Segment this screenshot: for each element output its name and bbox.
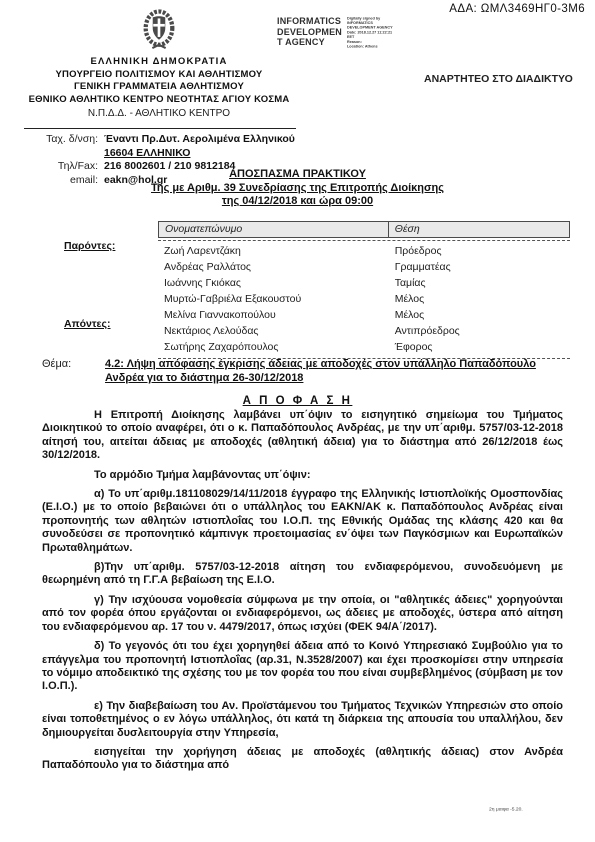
subject-text: 4.2: Λήψη απόφασης έγκρισης άδειας με απ… <box>105 357 570 385</box>
attendance-table: Ονοματεπώνυμο Θέση Ζωή Λαρεντζάκη Πρόεδρ… <box>158 221 570 359</box>
publish-note: ΑΝΑΡΤΗΤΕΟ ΣΤΟ ΔΙΑΔΙΚΤΥΟ <box>424 73 573 85</box>
member-name: Μελίνα Γιαννακοπούλου <box>158 307 389 323</box>
document-title: ΑΠΟΣΠΑΣΜΑ ΠΡΑΚΤΙΚΟΥ Της με Αριθμ. 39 Συν… <box>0 168 595 209</box>
member-role: Ταμίας <box>389 275 570 291</box>
absent-label: Απόντες: <box>64 318 158 330</box>
member-name: Ζωή Λαρεντζάκη <box>158 243 389 259</box>
paragraph-item-a: α) Το υπ΄αριθμ.181108029/14/11/2018 έγγρ… <box>42 488 563 555</box>
address-line2: 16604 ΕΛΛΗΝΙΚΟ <box>104 147 295 161</box>
table-row: Μυρτώ-Γαβριέλα Εξακουστού Μέλος <box>158 291 570 307</box>
paragraph-conclusion: εισηγείται την χορήγηση άδειας με αποδοχ… <box>42 746 563 773</box>
letterhead: ΕΛΛΗΝΙΚΗ ΔΗΜΟΚΡΑΤΙΑ ΥΠΟΥΡΓΕΙΟ ΠΟΛΙΤΙΣΜΟΥ… <box>24 6 294 120</box>
table-row: Νεκτάριος Λελούδας Αντιπρόεδρος <box>158 323 570 339</box>
decision-heading-text: Α Π Ο Φ Α Σ Η <box>243 395 353 407</box>
address-line1: Έναντι Πρ.Δυτ. Αερολιμένα Ελληνικού <box>104 133 295 147</box>
paragraph-item-e: ε) Την διαβεβαίωση του Αν. Προϊστάμενου … <box>42 700 563 740</box>
paragraph-item-d: δ) Το γεγονός ότι του έχει χορηγηθεί άδε… <box>42 640 563 694</box>
document-page: ΑΔΑ: ΩΜΛ3469ΗΓ0-3Μ6 INFORMATICS DEVELOPM… <box>0 0 595 842</box>
member-role: Μέλος <box>389 307 570 323</box>
greek-coat-of-arms-icon <box>140 6 178 54</box>
attendance-section: Παρόντες: Απόντες: Ονοματεπώνυμο Θέση Ζω… <box>64 221 570 359</box>
member-role: Αντιπρόεδρος <box>389 323 570 339</box>
paragraph-intro: Η Επιτροπή Διοίκησης λαμβάνει υπ΄όψιν το… <box>42 409 563 463</box>
paragraph-considering: Το αρμόδιο Τμήμα λαμβάνοντας υπ΄όψιν: <box>42 469 563 482</box>
footer-note: 2η μαιφα -5.20. <box>489 806 523 812</box>
org-line-republic: ΕΛΛΗΝΙΚΗ ΔΗΜΟΚΡΑΤΙΑ <box>24 56 294 69</box>
title-line3: της 04/12/2018 και ώρα 09:00 <box>222 195 373 207</box>
title-line1: ΑΠΟΣΠΑΣΜΑ ΠΡΑΚΤΙΚΟΥ <box>229 168 366 180</box>
stamp-signature-details: Digitally signed by INFORMATICS DEVELOPM… <box>347 16 427 49</box>
table-row: Σωτήρης Ζαχαρόπουλος Έφορος <box>158 339 570 355</box>
letterhead-divider <box>24 128 296 129</box>
org-subline: Ν.Π.Δ.Δ. - ΑΘΛΗΤΙΚΟ ΚΕΝΤΡΟ <box>24 107 294 121</box>
present-label: Παρόντες: <box>64 240 158 252</box>
org-line-secretariat: ΓΕΝΙΚΗ ΓΡΑΜΜΑΤΕΙΑ ΑΘΛΗΤΙΣΜΟΥ <box>24 81 294 94</box>
attendance-labels: Παρόντες: Απόντες: <box>64 221 158 359</box>
member-name: Σωτήρης Ζαχαρόπουλος <box>158 339 389 355</box>
table-row: Μελίνα Γιαννακοπούλου Μέλος <box>158 307 570 323</box>
paragraph-item-c: γ) Την ισχύουσα νομοθεσία σύμφωνα με την… <box>42 594 563 634</box>
title-line2: Της με Αριθμ. 39 Συνεδρίασης της Επιτροπ… <box>151 182 444 194</box>
subject-row: Θέμα: 4.2: Λήψη απόφασης έγκρισης άδειας… <box>42 357 570 385</box>
member-name: Μυρτώ-Γαβριέλα Εξακουστού <box>158 291 389 307</box>
table-row: Ιωάννης Γκιόκας Ταμίας <box>158 275 570 291</box>
member-role: Μέλος <box>389 291 570 307</box>
org-line-center: ΕΘΝΙΚΟ ΑΘΛΗΤΙΚΟ ΚΕΝΤΡΟ ΝΕΟΤΗΤΑΣ ΑΓΙΟΥ ΚΟ… <box>24 94 294 107</box>
subject-label: Θέμα: <box>42 357 105 385</box>
member-name: Ανδρέας Ραλλάτος <box>158 259 389 275</box>
contact-address-row: Ταχ. δ/νση: Έναντι Πρ.Δυτ. Αερολιμένα Ελ… <box>26 133 295 160</box>
member-name: Νεκτάριος Λελούδας <box>158 323 389 339</box>
ada-code: ΑΔΑ: ΩΜΛ3469ΗΓ0-3Μ6 <box>449 3 585 15</box>
address-value: Έναντι Πρ.Δυτ. Αερολιμένα Ελληνικού 1660… <box>104 133 295 160</box>
address-label: Ταχ. δ/νση: <box>26 133 98 160</box>
member-role: Πρόεδρος <box>389 243 570 259</box>
attendance-table-header: Ονοματεπώνυμο Θέση <box>158 221 570 238</box>
member-role: Γραμματέας <box>389 259 570 275</box>
member-name: Ιωάννης Γκιόκας <box>158 275 389 291</box>
column-header-role: Θέση <box>389 221 570 238</box>
stamp-detail-line: Location: Athens <box>347 44 427 49</box>
decision-heading: Α Π Ο Φ Α Σ Η <box>0 391 595 409</box>
table-row: Ζωή Λαρεντζάκη Πρόεδρος <box>158 243 570 259</box>
decision-body: Η Επιτροπή Διοίκησης λαμβάνει υπ΄όψιν το… <box>42 409 563 779</box>
table-row: Ανδρέας Ραλλάτος Γραμματέας <box>158 259 570 275</box>
paragraph-item-b: β)Την υπ΄αριθμ. 5757/03-12-2018 αίτηση τ… <box>42 561 563 588</box>
org-line-ministry: ΥΠΟΥΡΓΕΙΟ ΠΟΛΙΤΙΣΜΟΥ ΚΑΙ ΑΘΛΗΤΙΣΜΟΥ <box>24 69 294 82</box>
member-role: Έφορος <box>389 339 570 355</box>
column-header-name: Ονοματεπώνυμο <box>158 221 389 238</box>
attendance-table-body: Ζωή Λαρεντζάκη Πρόεδρος Ανδρέας Ραλλάτος… <box>158 240 570 359</box>
